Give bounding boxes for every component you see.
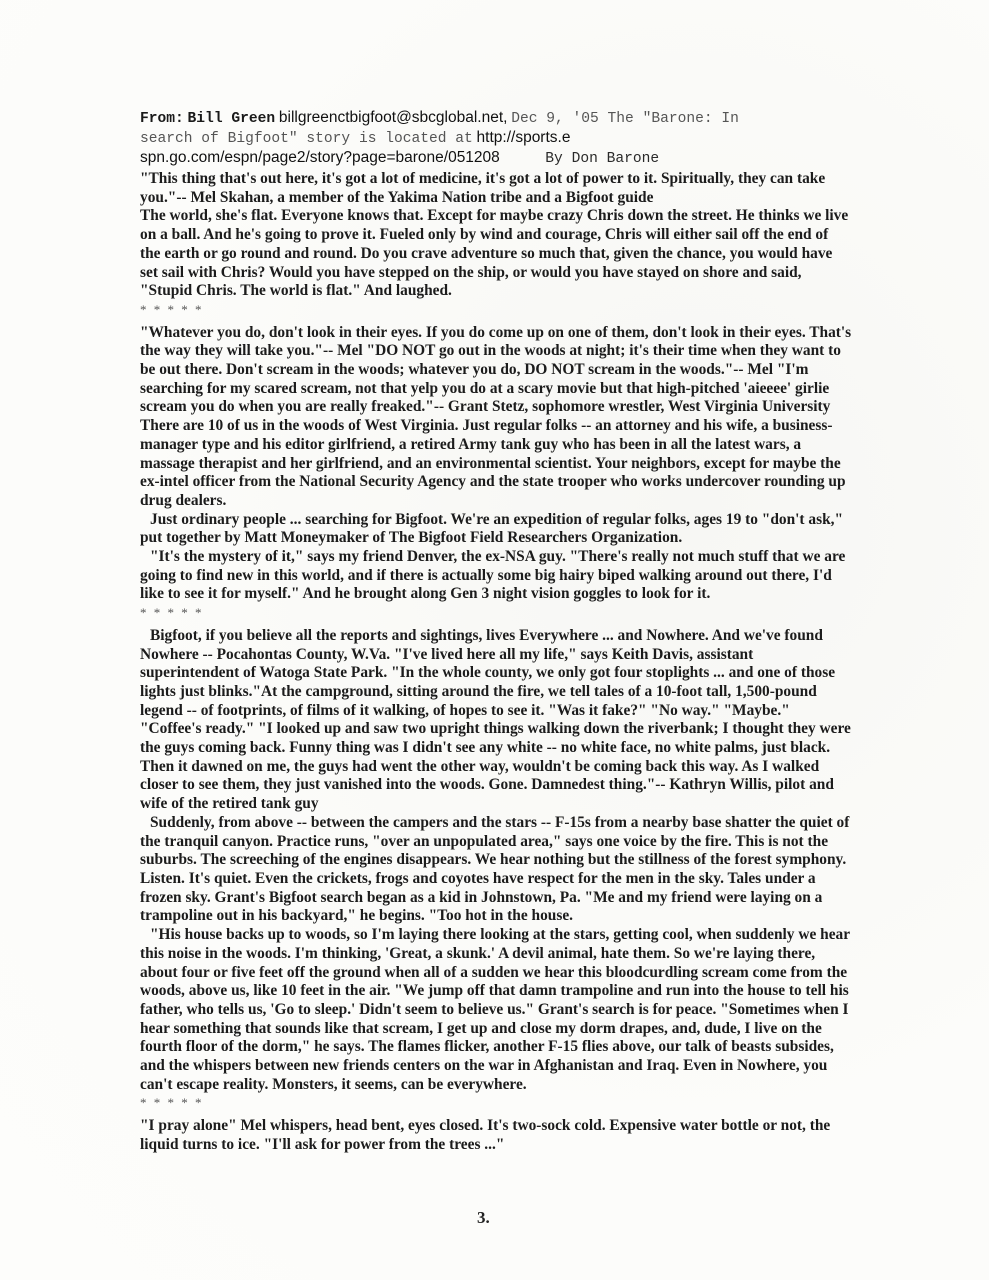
paragraph-pray-alone: "I pray alone" Mel whispers, head bent, … — [140, 1117, 852, 1154]
story-url-part-2: spn.go.com/espn/page2/story?page=barone/… — [140, 149, 500, 166]
paragraph-f15s: Suddenly, from above -- between the camp… — [140, 814, 852, 926]
paragraph-ordinary-people: Just ordinary people ... searching for B… — [140, 511, 852, 548]
section-separator: * * * * * — [140, 1094, 852, 1113]
email-header-line-2: search of Bigfoot" story is located at h… — [140, 128, 852, 148]
from-label: From: — [140, 111, 184, 127]
sender-email: billgreenctbigfoot@sbcglobal.net, — [279, 109, 508, 126]
paragraph-flat-world: The world, she's flat. Everyone knows th… — [140, 207, 852, 301]
scanned-page: From: Bill Green billgreenctbigfoot@sbcg… — [0, 0, 989, 1280]
article-body: "This thing that's out here, it's got a … — [140, 170, 852, 1155]
story-url-part-1: http://sports.e — [477, 129, 571, 146]
opening-quote: "This thing that's out here, it's got a … — [140, 170, 852, 207]
document-content: From: Bill Green billgreenctbigfoot@sbcg… — [140, 108, 852, 1155]
paragraph-nowhere: Bigfoot, if you believe all the reports … — [140, 627, 852, 814]
page-number: 3. — [477, 1208, 490, 1228]
email-header-line-1: From: Bill Green billgreenctbigfoot@sbcg… — [140, 108, 852, 128]
paragraph-mystery: "It's the mystery of it," says my friend… — [140, 548, 852, 604]
paragraph-trampoline: "His house backs up to woods, so I'm lay… — [140, 926, 852, 1094]
byline: By Don Barone — [545, 151, 659, 167]
story-location-text: search of Bigfoot" story is located at — [140, 131, 473, 147]
sender-name: Bill Green — [188, 111, 276, 127]
email-header-line-3: spn.go.com/espn/page2/story?page=barone/… — [140, 148, 852, 168]
section-separator: * * * * * — [140, 604, 852, 623]
paragraph-warnings: "Whatever you do, don't look in their ey… — [140, 324, 852, 511]
section-separator: * * * * * — [140, 301, 852, 320]
email-date: Dec 9, '05 The "Barone: In — [511, 111, 739, 127]
